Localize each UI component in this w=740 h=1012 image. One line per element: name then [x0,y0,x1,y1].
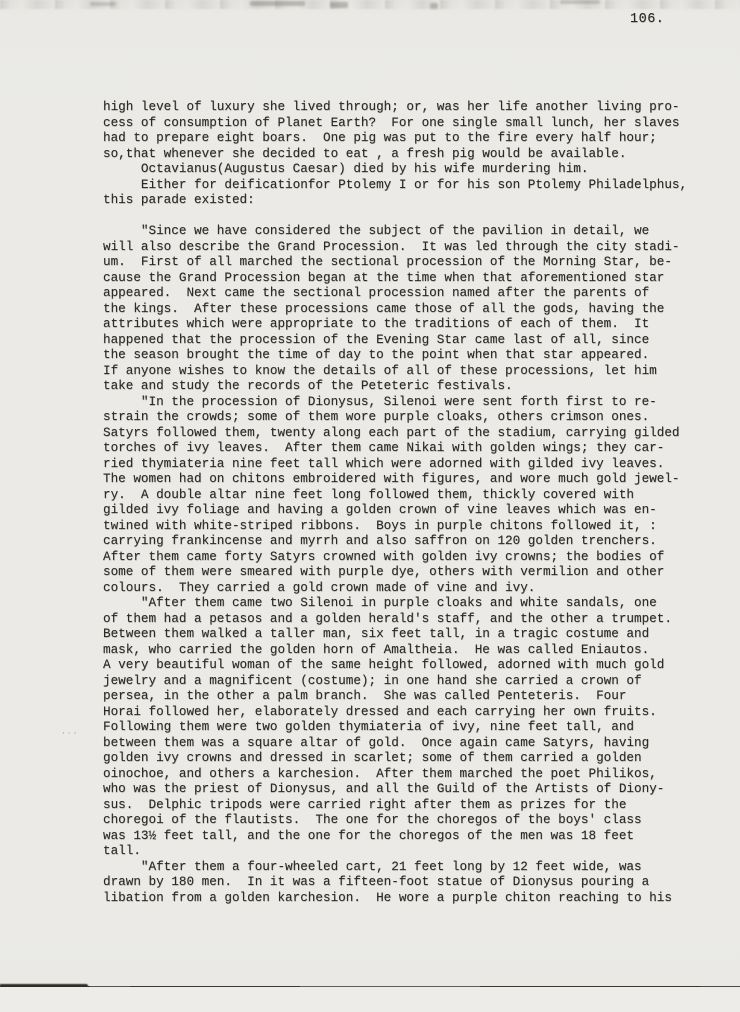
scan-margin-mark: ··· [61,729,78,738]
scan-edge-below [0,987,740,1012]
paragraph-procession-of-dionysus: "In the procession of Dionysus, Silenoi … [103,394,713,596]
scan-noise-speck [560,0,600,4]
scan-noise-speck [330,2,348,8]
body-text: high level of luxury she lived through; … [103,99,713,905]
paragraph-octavianus: Octavianus(Augustus Caesar) died by his … [103,161,713,177]
paragraph-continuation: high level of luxury she lived through; … [103,99,713,161]
paragraph-four-wheeled-cart: "After them a four-wheeled cart, 21 feet… [103,859,713,906]
paragraph-grand-procession: "Since we have considered the subject of… [103,223,713,394]
paragraph-deification: Either for deificationfor Ptolemy I or f… [103,177,713,208]
page-number: 106. [630,12,664,27]
paragraph-two-silenoi: "After them came two Silenoi in purple c… [103,595,713,859]
scan-noise-speck [430,3,438,9]
scan-noise-speck [250,1,305,6]
scanned-page: 106. high level of luxury she lived thro… [0,0,740,1012]
scan-noise-speck [90,2,116,6]
